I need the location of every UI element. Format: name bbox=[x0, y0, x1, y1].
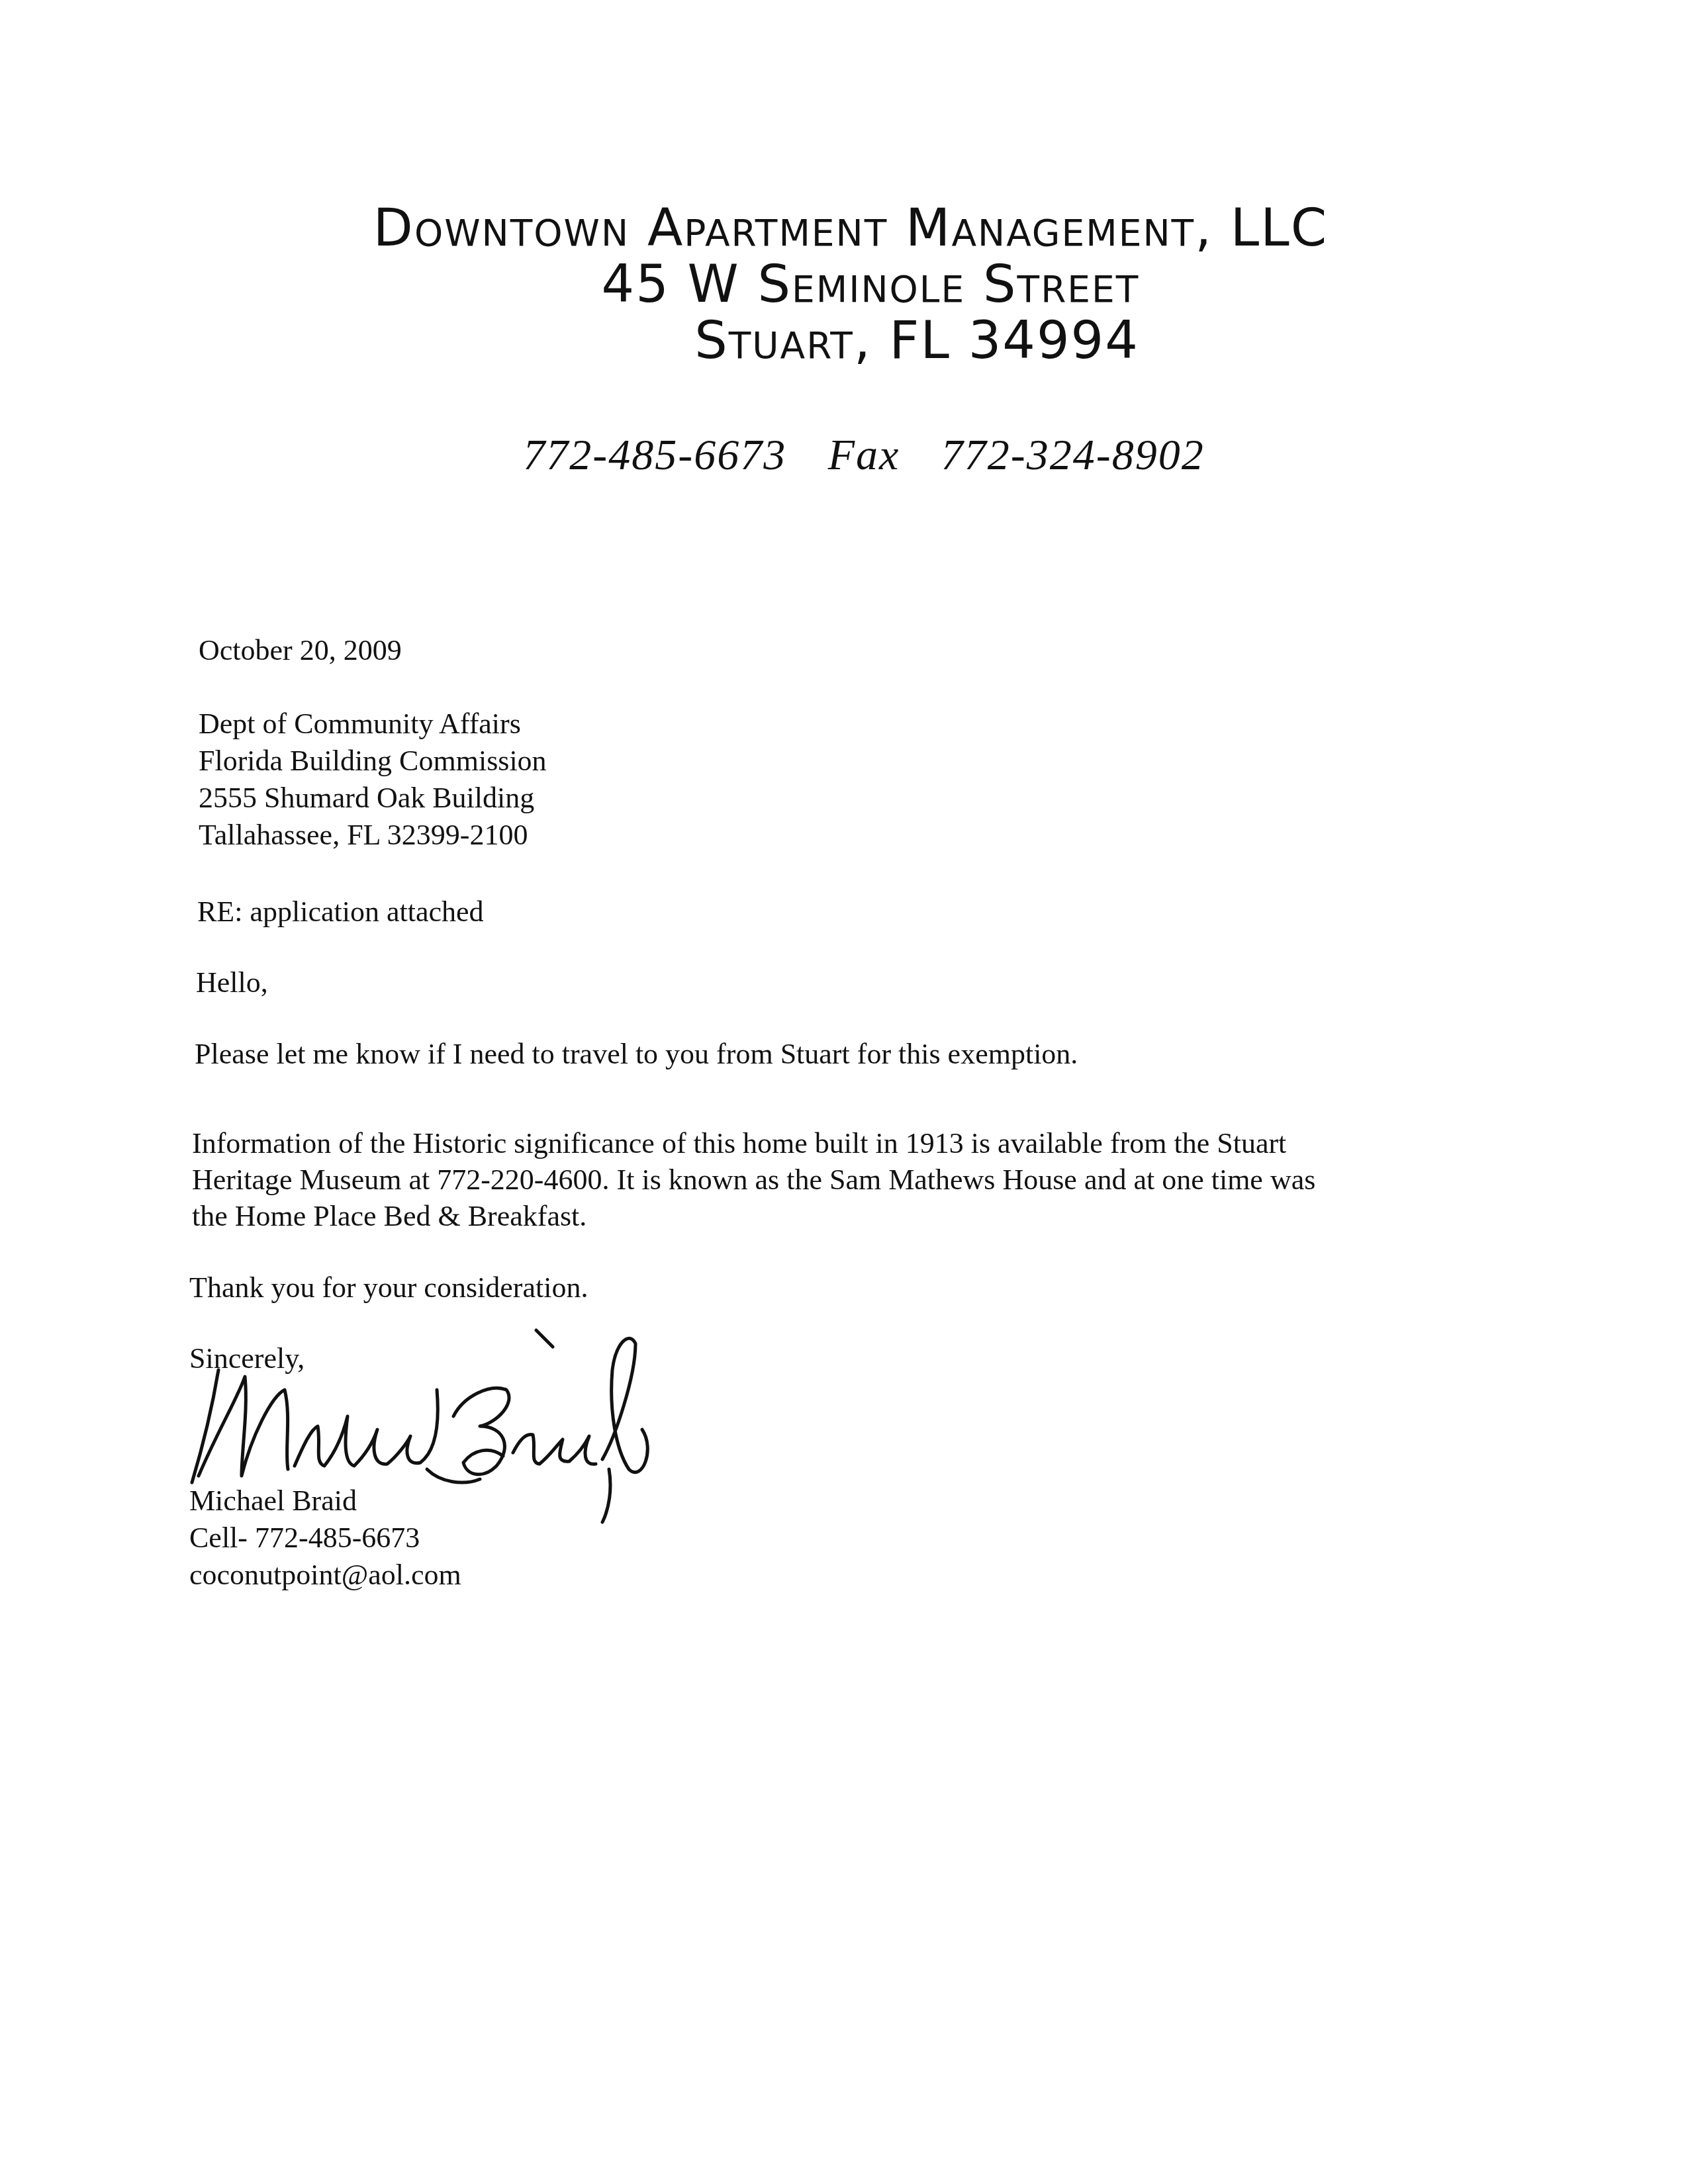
letterhead-company: Downtown Apartment Management, LLC bbox=[0, 199, 1688, 258]
fax-number: 772-324-8902 bbox=[941, 431, 1205, 479]
phone-number: 772-485-6673 bbox=[523, 431, 786, 479]
paragraph-line: Heritage Museum at 772-220-4600. It is k… bbox=[192, 1161, 1315, 1198]
paragraph-line: the Home Place Bed & Breakfast. bbox=[192, 1198, 1315, 1234]
recipient-line: Dept of Community Affairs bbox=[199, 705, 547, 743]
body-paragraph-1: Please let me know if I need to travel t… bbox=[195, 1036, 1078, 1073]
letterhead-city: Stuart, FL 34994 bbox=[0, 311, 1688, 371]
signer-email: coconutpoint@aol.com bbox=[189, 1557, 461, 1594]
greeting: Hello, bbox=[196, 964, 268, 1001]
recipient-line: Tallahassee, FL 32399-2100 bbox=[199, 817, 547, 854]
signer-block: Michael Braid Cell- 772-485-6673 coconut… bbox=[189, 1482, 461, 1594]
signer-name: Michael Braid bbox=[189, 1482, 461, 1520]
letterhead-street: 45 W Seminole Street bbox=[0, 255, 1688, 314]
fax-label: Fax bbox=[828, 431, 900, 479]
letter-date: October 20, 2009 bbox=[199, 632, 402, 669]
recipient-line: 2555 Shumard Oak Building bbox=[199, 780, 547, 817]
body-paragraph-2: Information of the Historic significance… bbox=[192, 1125, 1315, 1234]
recipient-address: Dept of Community Affairs Florida Buildi… bbox=[199, 705, 547, 854]
recipient-line: Florida Building Commission bbox=[199, 743, 547, 780]
paragraph-line: Information of the Historic significance… bbox=[192, 1125, 1315, 1161]
subject-line: RE: application attached bbox=[197, 893, 484, 931]
signer-cell: Cell- 772-485-6673 bbox=[189, 1520, 461, 1557]
letter-page: Downtown Apartment Management, LLC 45 W … bbox=[0, 0, 1688, 2184]
thanks-line: Thank you for your consideration. bbox=[189, 1269, 588, 1306]
letterhead-phone-line: 772-485-6673 Fax 772-324-8902 bbox=[0, 430, 1688, 480]
